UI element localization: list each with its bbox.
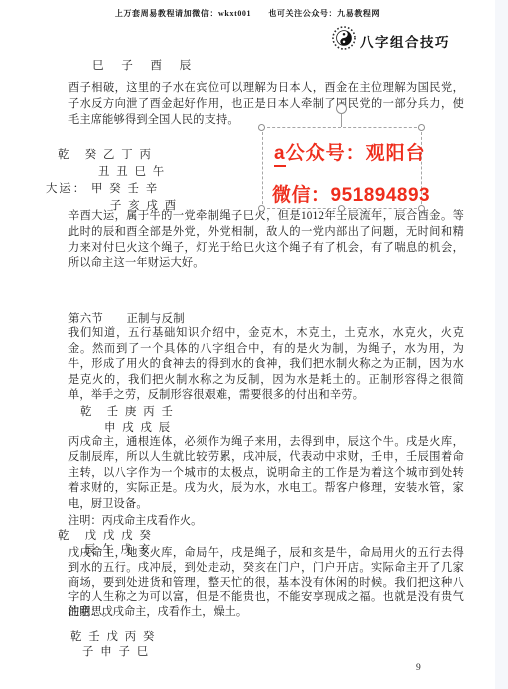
document-page: 上万套周易教程请加微信：wkxt001 也可关注公众号：九易教程网 八字组合技巧…: [0, 0, 508, 689]
watermark-line1-label: 公众号：观阳台: [286, 143, 426, 164]
bazi-chart4-stems: 乾 壬 戊 丙 癸: [70, 628, 156, 644]
section-title: 第六节 正制与反制: [68, 310, 185, 326]
rotation-handle-stem: [341, 114, 342, 127]
resize-handle-top-right[interactable]: [418, 124, 425, 131]
bazi-chart1-stems: 乾 癸 乙 丁 丙: [58, 146, 153, 162]
paragraph-xinyou-luck: 辛酉大运，属于牛的一党牵制绳子巳火，但是1012年壬辰流年，辰合酉金。等此时的辰…: [68, 209, 464, 272]
bazi-chart2-stems: 乾 壬 庚 丙 壬: [80, 403, 175, 419]
bazi-chart2-branches: 申 戌 戌 辰: [104, 419, 172, 435]
bazi-chart1-luck-stems: 大运： 甲 癸 壬 辛: [46, 180, 159, 196]
note-wuxu: 注明：戊戌命主，戌看作土，燥土。: [68, 603, 247, 619]
page-number: 9: [416, 663, 421, 673]
resize-handle-bottom-left[interactable]: [258, 205, 265, 212]
branches-row: 巳 子 酉 辰: [92, 57, 194, 73]
header-promo-note: 上万套周易教程请加微信：wkxt001 也可关注公众号：九易教程网: [0, 8, 495, 19]
brand-logo: 八字组合技巧: [332, 26, 450, 55]
watermark-gongzhonghao-text[interactable]: a公众号：观阳台: [274, 138, 426, 165]
resize-handle-top-left[interactable]: [258, 124, 265, 131]
taiji-icon: [332, 26, 356, 55]
logo-title: 八字组合技巧: [360, 31, 450, 51]
rotation-handle[interactable]: [336, 103, 347, 114]
watermark-weixin-text[interactable]: 微信：951894893: [272, 180, 430, 207]
paragraph-bingxu: 丙戌命主，通根连体，必须作为绳子来用，去得到申，辰这个牛。戌是火库，反制辰库，所…: [68, 435, 464, 512]
paragraph-zhengzhi-fanzhi: 我们知道，五行基础知识介绍中，金克木，木克土，土克水，水克火，火克金。然而到了一…: [68, 326, 464, 404]
bazi-chart1-branches: 丑 丑 巳 午: [98, 163, 166, 179]
watermark-prefix-a: a: [274, 143, 286, 167]
viewer-background-strip: [495, 0, 508, 689]
paragraph-yin-zi: 酉子相破，这里的子水在宾位可以理解为日本人，酉金在主位理解为国民党，子水反方向泄…: [68, 81, 464, 128]
note-bingxu: 注明：丙戌命主戌看作火。: [68, 512, 202, 528]
bazi-chart4-branches: 子 申 子 巳: [82, 643, 150, 659]
